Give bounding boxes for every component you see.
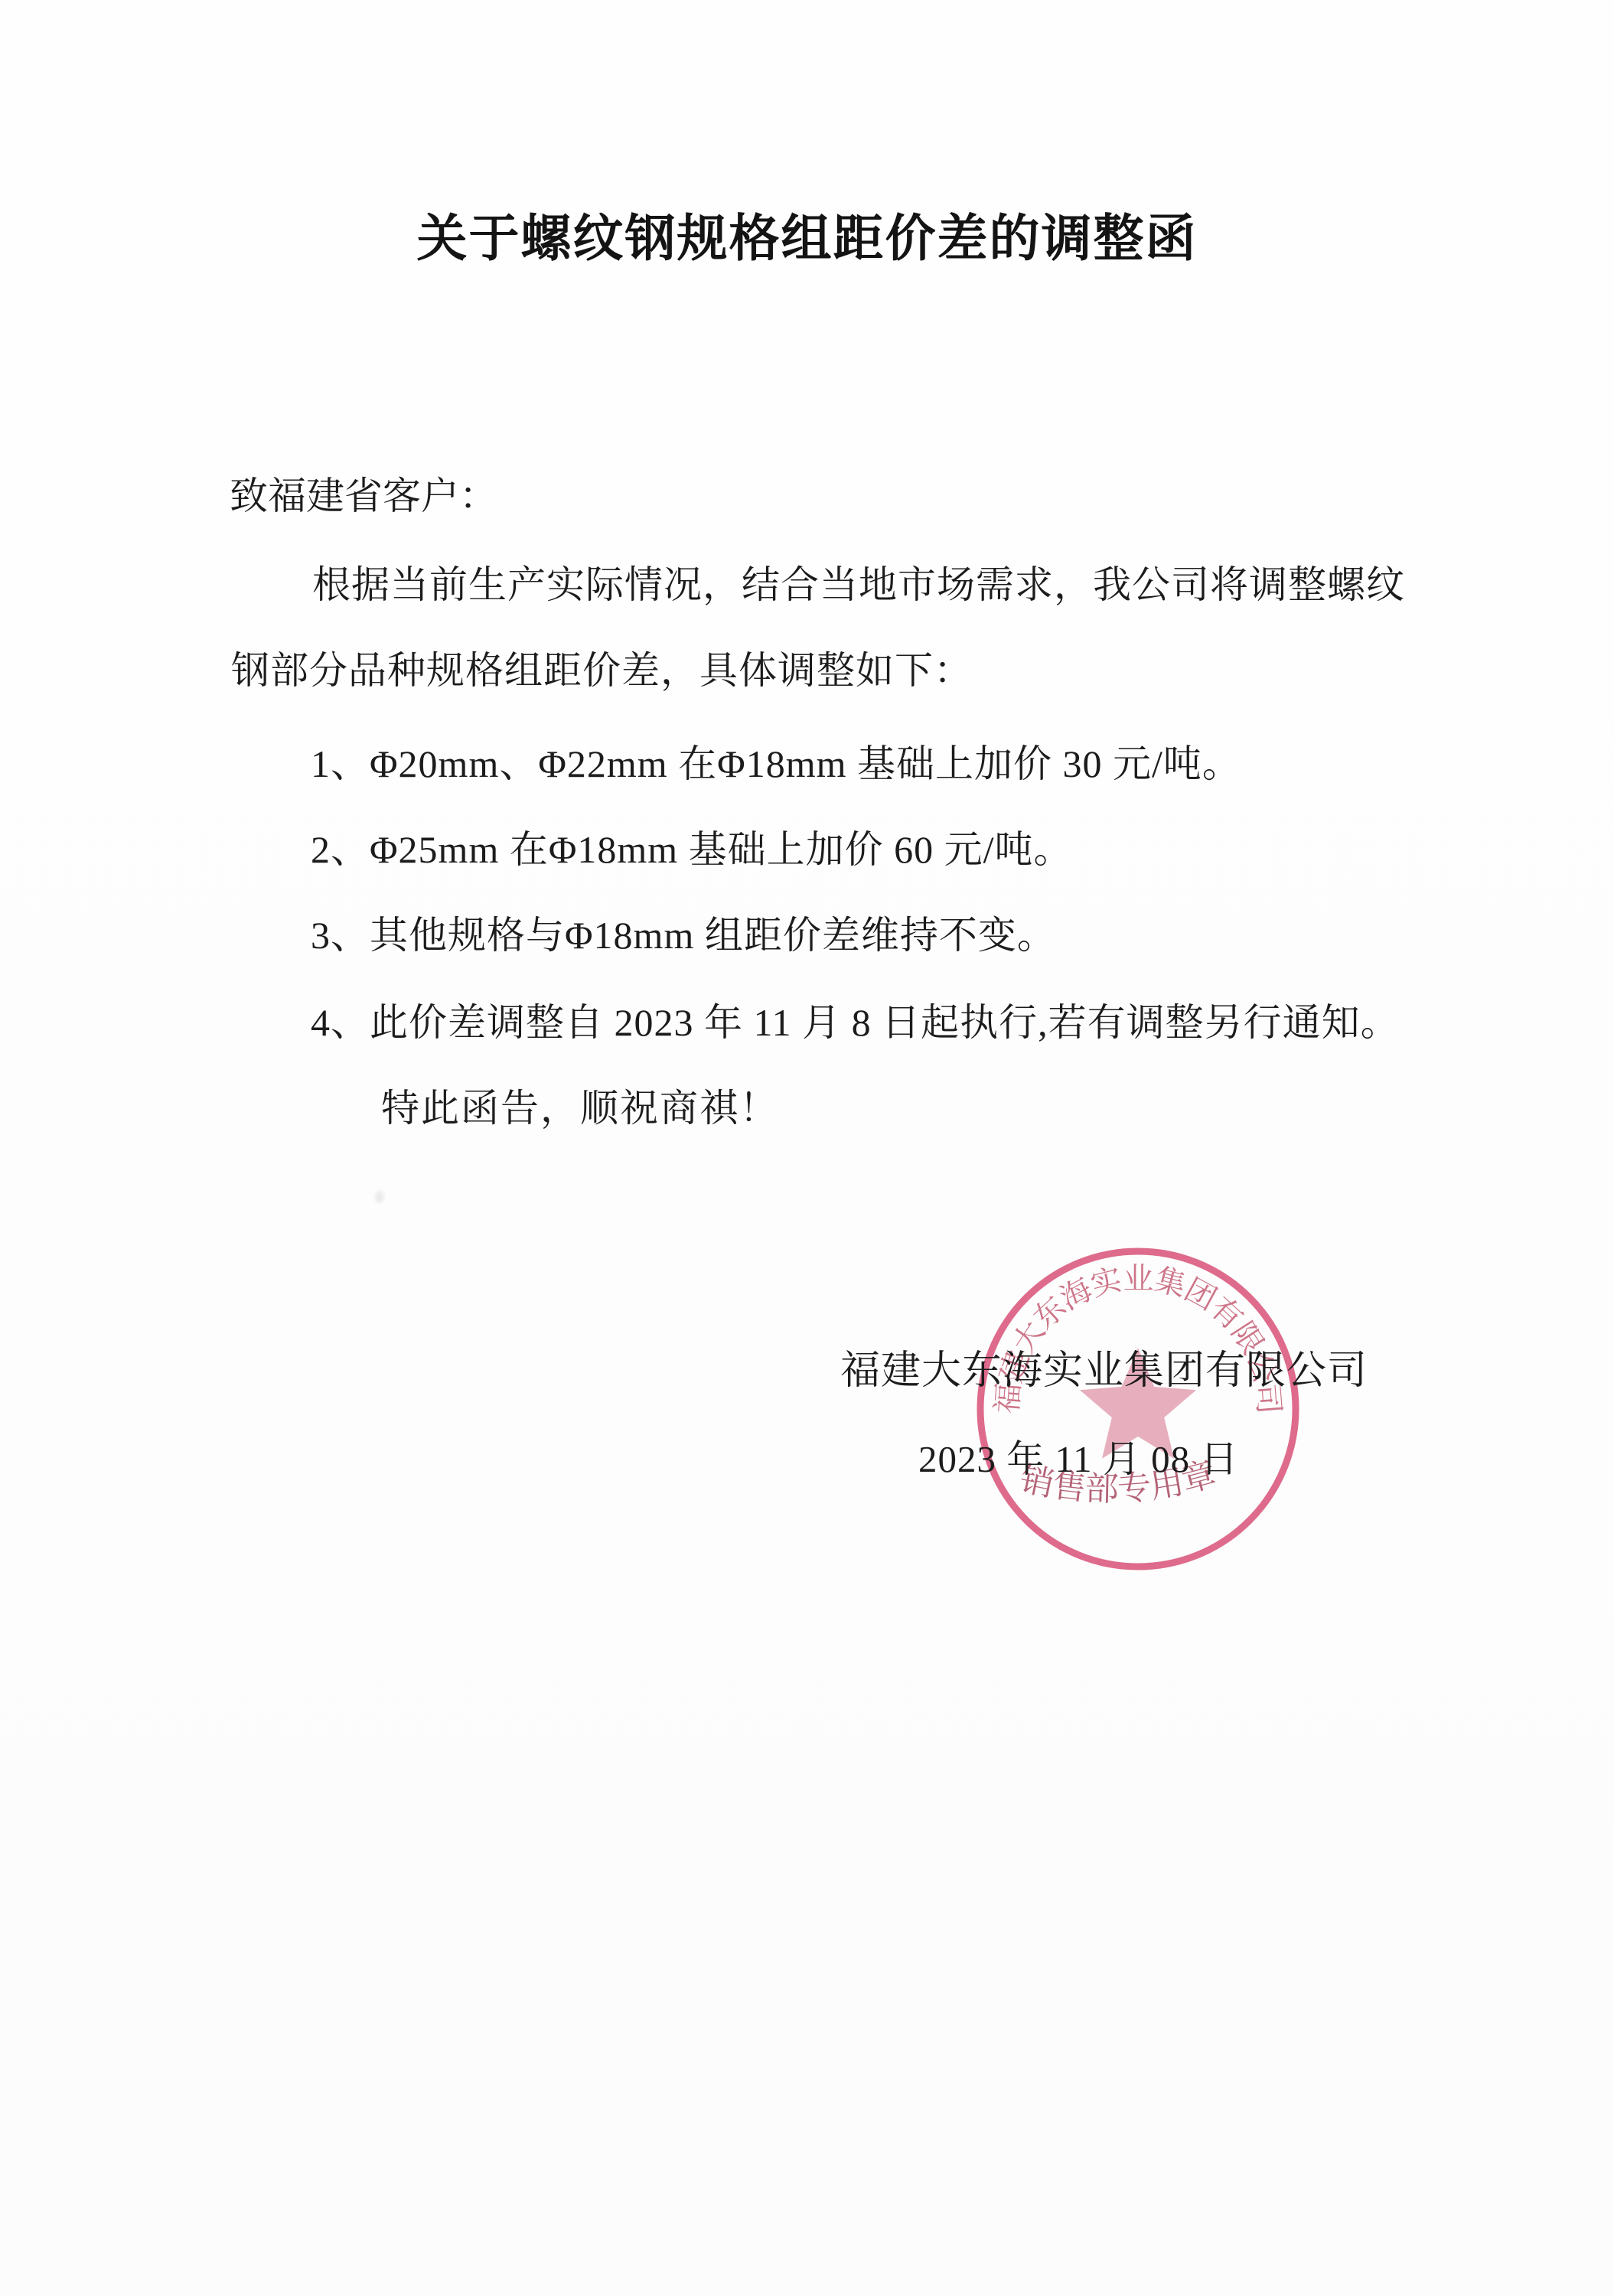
list-item-1: 1、Φ20mm、Φ22mm 在Φ18mm 基础上加价 30 元/吨。 bbox=[311, 733, 1241, 788]
page-background bbox=[0, 0, 1614, 2296]
scanned-letter-page: { "doc": { "title": "关于螺纹钢规格组距价差的调整函", "… bbox=[0, 0, 1614, 2296]
salutation: 致福建省客户： bbox=[230, 465, 497, 520]
scan-smudge bbox=[375, 1191, 384, 1203]
list-item-4: 4、此价差调整自 2023 年 11 月 8 日起执行,若有调整另行通知。 bbox=[311, 992, 1400, 1047]
signature-date: 2023 年 11 月 08 日 bbox=[918, 1430, 1238, 1483]
list-item-2: 2、Φ25mm 在Φ18mm 基础上加价 60 元/吨。 bbox=[311, 819, 1073, 874]
closing-phrase: 特此函告，顺祝商祺！ bbox=[381, 1078, 779, 1133]
signature-company-name: 福建大东海实业集团有限公司 bbox=[840, 1338, 1368, 1395]
document-title: 关于螺纹钢规格组距价差的调整函 bbox=[0, 197, 1614, 270]
body-paragraph-line-1: 根据当前生产实际情况，结合当地市场需求，我公司将调整螺纹 bbox=[312, 554, 1405, 609]
company-seal-stamp: 福建大东海实业集团有限公司 销售部专用章 bbox=[970, 1241, 1306, 1578]
body-paragraph-line-2: 钢部分品种规格组距价差，具体调整如下： bbox=[231, 640, 973, 695]
list-item-3: 3、其他规格与Φ18mm 组距价差维持不变。 bbox=[311, 905, 1056, 960]
